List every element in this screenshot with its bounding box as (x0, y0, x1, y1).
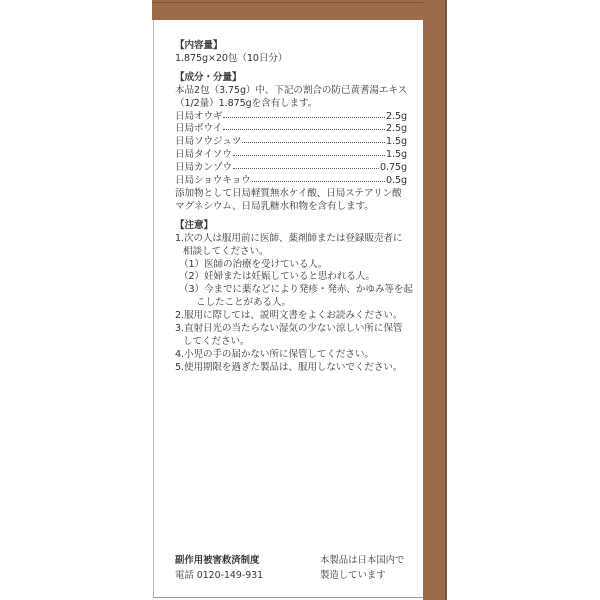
contents-section: 【内容量】 1.875g×20包（10日分） (175, 40, 407, 66)
label-panel: 【内容量】 1.875g×20包（10日分） 【成分・分量】 本品2包（3.75… (175, 40, 407, 375)
ingredient-amount: 2.5g (386, 123, 407, 136)
caution-item-3: 3.直射日光の当たらない湿気の少ない涼しい所に保管 (175, 323, 407, 336)
caution-item-1: 1.次の人は服用前に医師、薬剤師または登録販売者に (175, 233, 407, 246)
additives-text-cont: マグネシウム、日局乳糖水和物を含有します。 (175, 201, 407, 214)
dot-leader (223, 108, 385, 118)
dot-leader (223, 120, 385, 130)
ingredient-name: 日局カンゾウ (175, 162, 232, 175)
ingredient-amount: 2.5g (386, 111, 407, 124)
dot-leader (233, 146, 385, 156)
ingredient-name: 日局オウギ (175, 111, 222, 124)
package-frame-top-edge (152, 2, 447, 3)
package-frame-top (152, 0, 447, 20)
relief-system-info: 副作用被害救済制度 電話 0120-149-931 (175, 553, 263, 583)
dot-leader (233, 159, 379, 169)
additives-text: 添加物として日局軽質無水ケイ酸、日局ステアリン酸 (175, 188, 407, 201)
ingredients-section: 【成分・分量】 本品2包（3.75g）中、下記の割合の防已黄耆湯エキス （1/2… (175, 72, 407, 214)
cautions-section: 【注意】 1.次の人は服用前に医師、薬剤師または登録販売者に 相談してください。… (175, 220, 407, 375)
caution-item-5: 5.使用期限を過ぎた製品は、服用しないでください。 (175, 362, 407, 375)
caution-item-4: 4.小児の手の届かない所に保管してください。 (175, 349, 407, 362)
caution-sub-3: （3）今までに薬などにより発疹・発赤、かゆみ等を起 (175, 284, 407, 297)
made-in-line-2: 製造しています (320, 568, 404, 583)
ingredients-intro: 本品2包（3.75g）中、下記の割合の防已黄耆湯エキス (175, 85, 407, 98)
ingredient-amount: 1.5g (386, 136, 407, 149)
caution-sub-3-cont: こしたことがある人。 (175, 297, 407, 310)
ingredient-name: 日局ボウイ (175, 123, 222, 136)
ingredient-name: 日局タイソウ (175, 149, 232, 162)
relief-system-title: 副作用被害救済制度 (175, 553, 263, 568)
caution-item-1-cont: 相談してください。 (175, 246, 407, 259)
caution-item-2: 2.服用に際しては、説明文書をよくお読みください。 (175, 310, 407, 323)
ingredient-row: 日局ショウキョウ 0.5g (175, 175, 407, 188)
cautions-heading: 【注意】 (175, 220, 407, 233)
ingredient-amount: 0.5g (386, 175, 407, 188)
made-in-japan-note: 本製品は日本国内で 製造しています (320, 553, 404, 583)
panel-bottom-border (153, 597, 423, 598)
caution-sub-1: （1）医師の治療を受けている人。 (175, 259, 407, 272)
dot-leader (252, 172, 385, 182)
contents-heading: 【内容量】 (175, 40, 407, 53)
ingredients-heading: 【成分・分量】 (175, 72, 407, 85)
panel-left-border (153, 20, 154, 598)
made-in-line-1: 本製品は日本国内で (320, 553, 404, 568)
caution-item-3-cont: してください。 (175, 336, 407, 349)
dot-leader (242, 133, 385, 143)
ingredient-name: 日局ソウジュツ (175, 136, 241, 149)
ingredient-amount: 1.5g (386, 149, 407, 162)
package-frame-right (423, 0, 447, 600)
ingredient-name: 日局ショウキョウ (175, 175, 251, 188)
relief-system-phone: 電話 0120-149-931 (175, 568, 263, 583)
package-frame-right-edge (445, 0, 447, 600)
contents-value: 1.875g×20包（10日分） (175, 53, 407, 66)
caution-sub-2: （2）妊婦または妊娠していると思われる人。 (175, 271, 407, 284)
